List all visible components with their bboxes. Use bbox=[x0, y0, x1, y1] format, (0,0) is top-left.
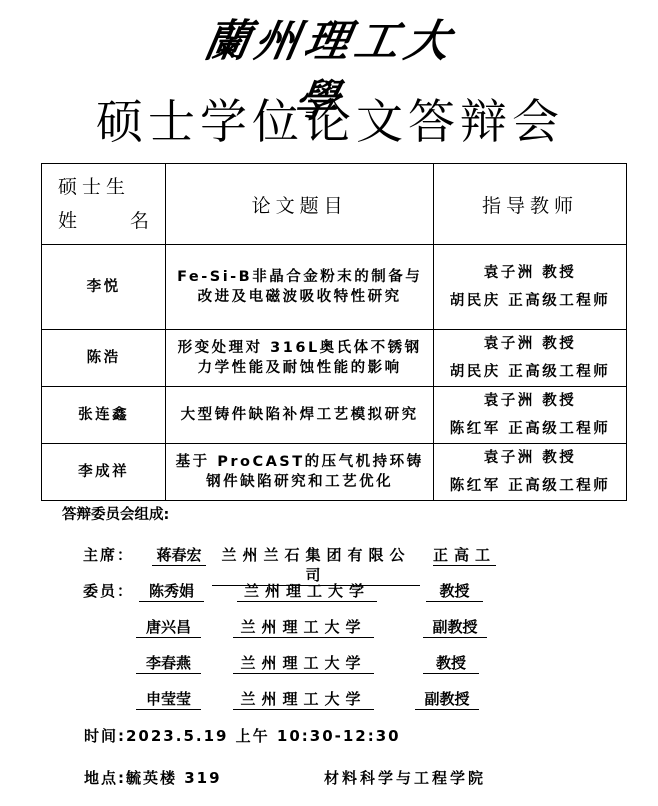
committee-member-row: 李春燕 兰州理工大学 教授 bbox=[0, 653, 658, 677]
member-title: 副教授 bbox=[415, 689, 479, 710]
chair-title: 正高工 bbox=[433, 545, 496, 566]
thesis-title-text: 大型铸件缺陷补焊工艺模拟研究 bbox=[174, 405, 426, 425]
member-name: 陈秀娟 bbox=[139, 581, 204, 602]
student-name: 张连鑫 bbox=[42, 387, 166, 444]
advisor-secondary: 陈红军 正高级工程师 bbox=[434, 472, 626, 500]
advisor-primary: 袁子洲 教授 bbox=[434, 387, 626, 415]
event-time: 时间:2023.5.19 上午 10:30-12:30 bbox=[84, 726, 401, 746]
advisor-primary: 袁子洲 教授 bbox=[434, 330, 626, 358]
time-value: 2023.5.19 上午 10:30-12:30 bbox=[126, 727, 401, 745]
chair-name: 蒋春宏 bbox=[152, 545, 206, 566]
advisor-secondary: 陈红军 正高级工程师 bbox=[434, 415, 626, 443]
thesis-title-text: 形变处理对 316L奥氏体不锈钢力学性能及耐蚀性能的影响 bbox=[174, 338, 426, 378]
event-place: 地点:毓英楼 319 bbox=[84, 768, 222, 788]
thesis-title: 基于 ProCAST的压气机持环铸钢件缺陷研究和工艺优化 bbox=[166, 444, 434, 501]
member-title: 副教授 bbox=[423, 617, 487, 638]
advisor-primary: 袁子洲 教授 bbox=[434, 444, 626, 472]
defense-schedule-table: 硕士生 姓 名 论文题目 指导教师 李悦 Fe-Si-B非晶合金粉末的制备与改进… bbox=[41, 163, 627, 501]
table-row: 李悦 Fe-Si-B非晶合金粉末的制备与改进及电磁波吸收特性研究 袁子洲 教授 … bbox=[42, 245, 627, 330]
member-label: 委员： bbox=[83, 581, 134, 601]
table-row: 李成祥 基于 ProCAST的压气机持环铸钢件缺陷研究和工艺优化 袁子洲 教授 … bbox=[42, 444, 627, 501]
thesis-title-text: Fe-Si-B非晶合金粉末的制备与改进及电磁波吸收特性研究 bbox=[174, 267, 426, 307]
thesis-title: Fe-Si-B非晶合金粉末的制备与改进及电磁波吸收特性研究 bbox=[166, 245, 434, 330]
header-thesis-title: 论文题目 bbox=[166, 164, 434, 245]
advisor-secondary: 胡民庆 正高级工程师 bbox=[434, 358, 626, 386]
school-name: 材料科学与工程学院 bbox=[324, 768, 486, 788]
header-student-name: 硕士生 姓 名 bbox=[42, 164, 166, 245]
member-organization: 兰州理工大学 bbox=[233, 653, 374, 674]
committee-heading: 答辩委员会组成: bbox=[62, 503, 169, 524]
header-student-line1: 硕士生 bbox=[58, 170, 165, 204]
member-name: 申莹莹 bbox=[136, 689, 201, 710]
advisors: 袁子洲 教授 陈红军 正高级工程师 bbox=[434, 444, 627, 501]
student-name: 李悦 bbox=[42, 245, 166, 330]
page-title: 硕士学位论文答辩会 bbox=[60, 92, 600, 154]
member-organization: 兰州理工大学 bbox=[237, 581, 377, 602]
table-header-row: 硕士生 姓 名 论文题目 指导教师 bbox=[42, 164, 627, 245]
member-title: 教授 bbox=[423, 653, 479, 674]
advisor-primary: 袁子洲 教授 bbox=[434, 259, 626, 287]
member-organization: 兰州理工大学 bbox=[233, 689, 374, 710]
committee-member-row: 唐兴昌 兰州理工大学 副教授 bbox=[0, 617, 658, 641]
committee-member-row: 委员： 陈秀娟 兰州理工大学 教授 bbox=[0, 581, 658, 605]
table-row: 张连鑫 大型铸件缺陷补焊工艺模拟研究 袁子洲 教授 陈红军 正高级工程师 bbox=[42, 387, 627, 444]
header-advisor: 指导教师 bbox=[434, 164, 627, 245]
chair-label: 主席： bbox=[83, 545, 134, 565]
thesis-title: 形变处理对 316L奥氏体不锈钢力学性能及耐蚀性能的影响 bbox=[166, 330, 434, 387]
place-value: 毓英楼 319 bbox=[126, 769, 222, 787]
advisor-secondary: 胡民庆 正高级工程师 bbox=[434, 287, 626, 315]
member-organization: 兰州理工大学 bbox=[233, 617, 374, 638]
thesis-title: 大型铸件缺陷补焊工艺模拟研究 bbox=[166, 387, 434, 444]
chair-organization: 兰州兰石集团有限公司 bbox=[212, 545, 420, 586]
student-name: 陈浩 bbox=[42, 330, 166, 387]
time-label: 时间: bbox=[84, 727, 126, 745]
member-title: 教授 bbox=[426, 581, 483, 602]
member-name: 唐兴昌 bbox=[136, 617, 201, 638]
table-row: 陈浩 形变处理对 316L奥氏体不锈钢力学性能及耐蚀性能的影响 袁子洲 教授 胡… bbox=[42, 330, 627, 387]
advisors: 袁子洲 教授 陈红军 正高级工程师 bbox=[434, 387, 627, 444]
advisors: 袁子洲 教授 胡民庆 正高级工程师 bbox=[434, 330, 627, 387]
committee-chair-row: 主席： 蒋春宏 兰州兰石集团有限公司 正高工 bbox=[0, 545, 658, 569]
thesis-title-text: 基于 ProCAST的压气机持环铸钢件缺陷研究和工艺优化 bbox=[174, 452, 426, 492]
header-student-line2: 姓 名 bbox=[58, 204, 165, 238]
place-label: 地点: bbox=[84, 769, 126, 787]
student-name: 李成祥 bbox=[42, 444, 166, 501]
advisors: 袁子洲 教授 胡民庆 正高级工程师 bbox=[434, 245, 627, 330]
member-name: 李春燕 bbox=[136, 653, 201, 674]
committee-member-row: 申莹莹 兰州理工大学 副教授 bbox=[0, 689, 658, 713]
university-calligraphy-logo: 蘭州理工大學 bbox=[185, 12, 476, 72]
